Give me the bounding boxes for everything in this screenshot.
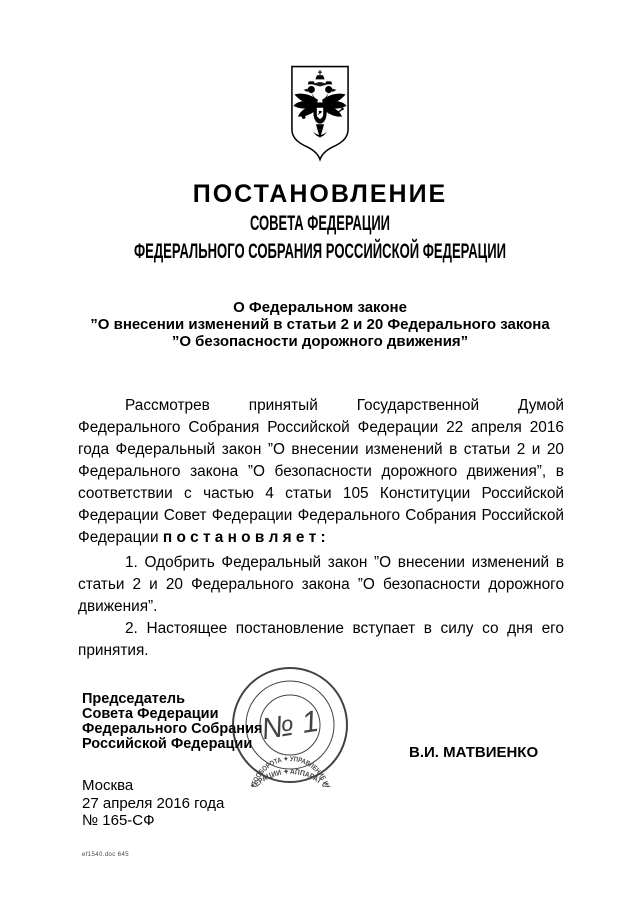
subject-line-3: ”О безопасности дорожного движения” xyxy=(45,333,595,350)
subject-block: О Федеральном законе ”О внесении изменен… xyxy=(45,299,595,350)
signatory-name: В.И. МАТВИЕНКО xyxy=(409,744,538,761)
issue-block: Москва 27 апреля 2016 года № 165-СФ xyxy=(82,777,224,830)
preamble-text: Рассмотрев принятый Государственной Думо… xyxy=(78,397,564,546)
subject-line-1: О Федеральном законе xyxy=(45,299,595,316)
document-body: Рассмотрев принятый Государственной Думо… xyxy=(78,395,564,662)
org-line-federalnogo-sobraniya: ФЕДЕРАЛЬНОГО СОБРАНИЯ РОССИЙСКОЙ ФЕДЕРАЦ… xyxy=(134,239,506,263)
org-line-soveta-federacii: СОВЕТА ФЕДЕРАЦИИ xyxy=(250,212,390,235)
file-reference: ef1540.doc 645 xyxy=(82,852,129,858)
issue-place: Москва xyxy=(82,777,224,795)
stamp-outer-ring-text: АППАРАТ СОВЕТА ФЕДЕРАЦИИ ФЕДЕРАЛЬНОГО СО… xyxy=(234,767,346,787)
resolution-item-2: 2. Настоящее постановление вступает в си… xyxy=(78,618,564,662)
issue-date: 27 апреля 2016 года xyxy=(82,795,224,813)
issue-number: № 165-СФ xyxy=(82,812,224,830)
org-name-block: СОВЕТА ФЕДЕРАЦИИ ФЕДЕРАЛЬНОГО СОБРАНИЯ Р… xyxy=(0,208,640,266)
document-title: ПОСТАНОВЛЕНИЕ xyxy=(0,180,640,209)
decree-document-page: ПОСТАНОВЛЕНИЕ СОВЕТА ФЕДЕРАЦИИ ФЕДЕРАЛЬН… xyxy=(0,0,640,905)
registration-stamp: АППАРАТ СОВЕТА ФЕДЕРАЦИИ ФЕДЕРАЛЬНОГО СО… xyxy=(228,663,352,787)
coat-of-arms-icon xyxy=(288,64,352,162)
resolution-item-1: 1. Одобрить Федеральный закон ”О внесени… xyxy=(78,552,564,618)
stamp-number: № 1 xyxy=(259,705,321,747)
preamble-paragraph: Рассмотрев принятый Государственной Думо… xyxy=(78,395,564,549)
decree-word: п о с т а н о в л я е т : xyxy=(163,529,326,546)
subject-line-2: ”О внесении изменений в статьи 2 и 20 Фе… xyxy=(45,316,595,333)
